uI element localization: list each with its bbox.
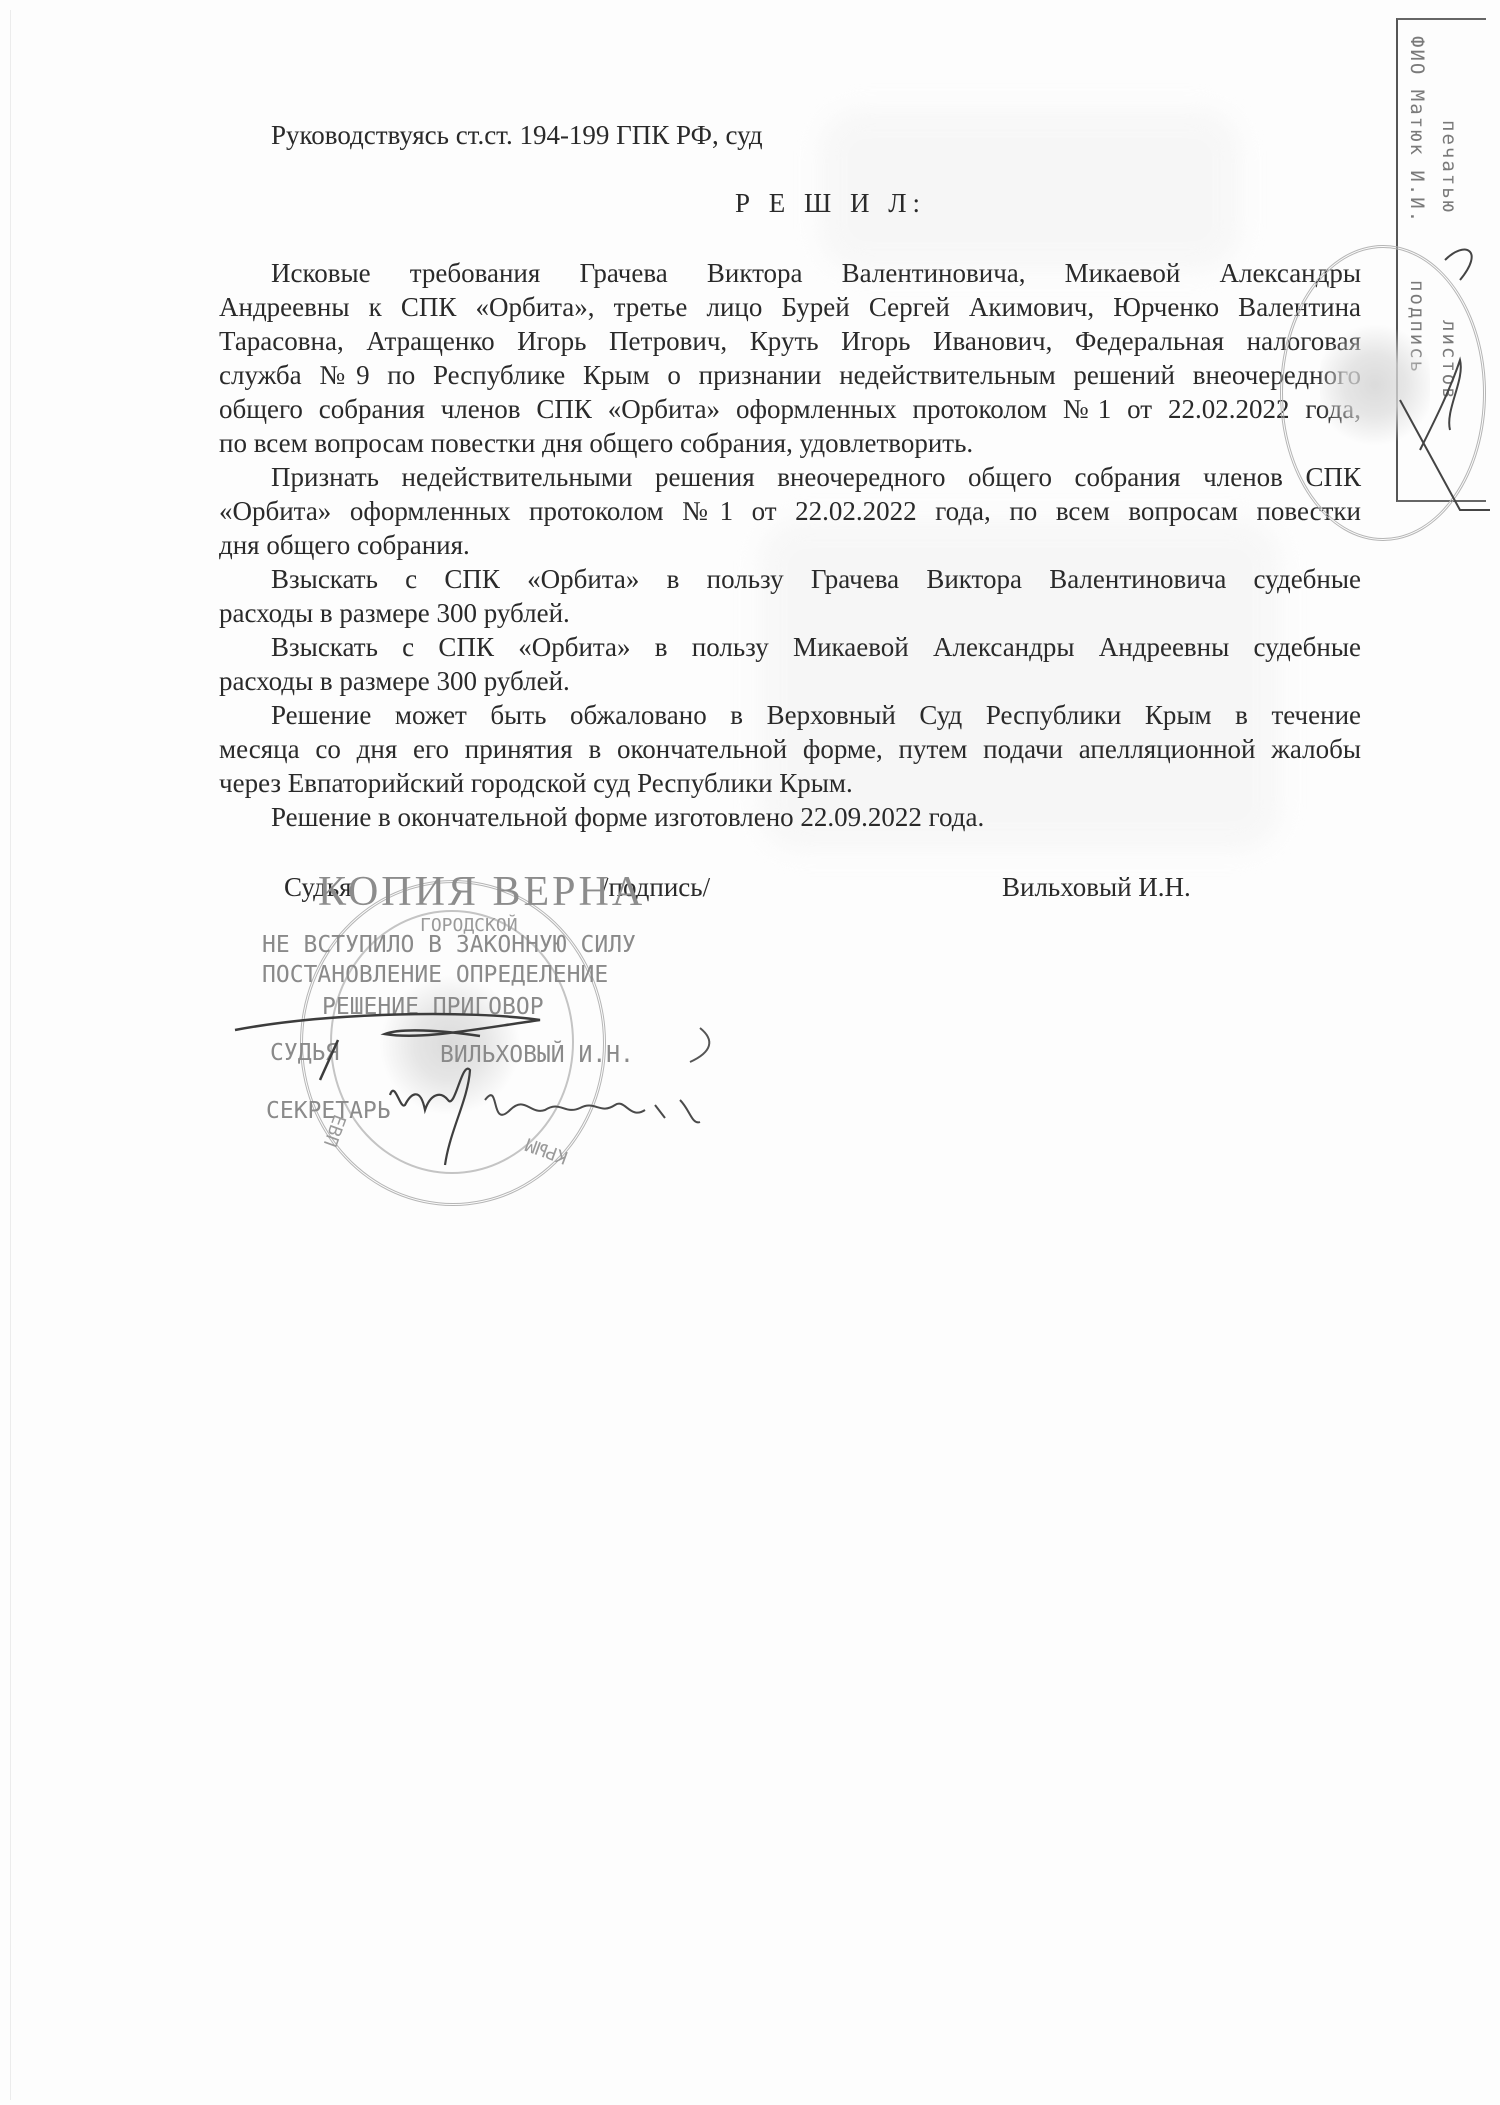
margin-stamp-fio: ФИО Матюк И.И. — [1406, 36, 1428, 224]
margin-signature-icon — [1390, 220, 1500, 520]
secretary-signature-icon — [0, 0, 1500, 1300]
margin-stamp-seal-word: печатью — [1438, 120, 1460, 214]
